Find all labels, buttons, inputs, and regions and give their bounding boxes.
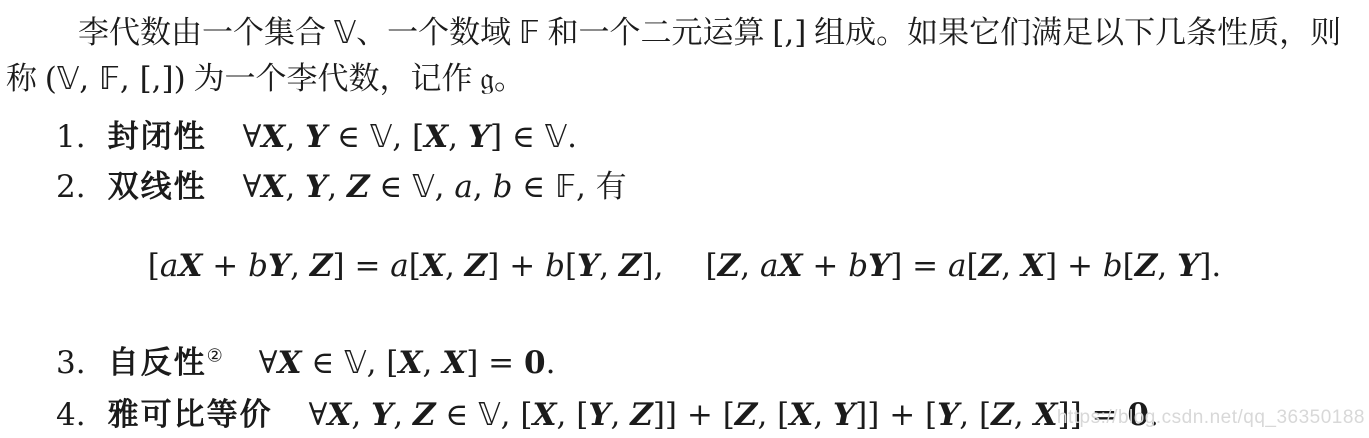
text-segment: ∈ xyxy=(370,169,413,205)
text-segment: Y xyxy=(268,248,290,284)
text-segment: , [,]) xyxy=(120,61,186,97)
text-segment: 𝕍 xyxy=(412,169,434,205)
text-segment: 𝕍 xyxy=(545,119,567,155)
text-segment: , xyxy=(813,397,833,433)
text-segment: Y xyxy=(588,397,610,433)
text-segment: 𝕍 xyxy=(478,397,500,433)
text-segment: , [ xyxy=(392,119,424,155)
text-segment: 组成。如果它们满足以下几条性质，则 xyxy=(806,15,1341,50)
text-segment: X xyxy=(442,345,466,381)
text-segment: 𝔽 xyxy=(555,169,576,205)
text-segment: Y xyxy=(577,248,599,284)
item-number: 4. xyxy=(56,397,86,433)
text-segment: , [ xyxy=(367,345,399,381)
text-segment: , [ xyxy=(501,397,533,433)
text-segment: Z xyxy=(310,248,333,284)
text-segment: Y xyxy=(1177,248,1199,284)
text-segment: Y xyxy=(305,119,327,155)
text-segment: Z xyxy=(630,397,653,433)
text-segment: , xyxy=(435,169,455,205)
text-segment: , xyxy=(473,169,493,205)
text-segment: X xyxy=(789,397,813,433)
text-segment: . xyxy=(567,119,577,155)
text-segment: , xyxy=(445,248,465,284)
text-segment: 𝕍 xyxy=(57,61,79,97)
text-segment: Z xyxy=(619,248,642,284)
intro-paragraph-line-1: 李代数由一个集合 𝕍、一个数域 𝔽 和一个二元运算 [,] 组成。如果它们满足以… xyxy=(6,7,1341,52)
text-segment: , xyxy=(393,397,413,433)
text-segment: a xyxy=(948,248,966,284)
text-segment: [ xyxy=(148,248,160,284)
text-segment: [ xyxy=(706,248,718,284)
text-segment: , [ xyxy=(557,397,589,433)
text-segment: , xyxy=(1001,248,1021,284)
intro-paragraph-line-2: 称 (𝕍, 𝔽, [,]) 为一个李代数，记作 𝔤。 xyxy=(6,53,525,98)
text-segment: , xyxy=(1157,248,1177,284)
text-segment: b xyxy=(545,248,565,284)
text-segment: ∈ xyxy=(512,169,555,205)
text-segment: , xyxy=(448,119,468,155)
text-segment: , xyxy=(576,169,596,205)
text-segment: X xyxy=(261,119,285,155)
text-segment: , xyxy=(285,119,305,155)
text-segment: ∈ xyxy=(327,119,370,155)
text-segment: b xyxy=(493,169,513,205)
text-segment: , [ xyxy=(959,397,991,433)
text-segment: ∀ xyxy=(309,397,328,433)
text-segment: b xyxy=(848,248,868,284)
text-segment: Z xyxy=(347,169,370,205)
text-segment: ] + xyxy=(487,248,545,284)
text-segment: ∀ xyxy=(243,169,262,205)
item-label: 自反性 xyxy=(108,345,207,380)
text-segment: , xyxy=(351,397,371,433)
text-segment: , xyxy=(740,248,760,284)
text-segment: [ xyxy=(409,248,421,284)
text-segment: , xyxy=(610,397,630,433)
text-segment: a xyxy=(454,169,472,205)
text-segment: ] + xyxy=(1045,248,1103,284)
text-segment: ( xyxy=(45,61,57,97)
text-segment: , xyxy=(1014,397,1034,433)
text-segment: 和一个二元运算 xyxy=(540,15,773,50)
property-item-reflexivity: 3.自反性②∀X ∈ 𝕍, [X, X] = 0. xyxy=(56,337,555,382)
text-segment: X xyxy=(1033,397,1057,433)
text-segment: ] = xyxy=(466,345,524,381)
text-segment: ] = xyxy=(333,248,391,284)
text-segment: a xyxy=(390,248,408,284)
text-segment: ]] + [ xyxy=(653,397,735,433)
text-segment: ], xyxy=(642,248,664,284)
text-segment: . xyxy=(546,345,556,381)
text-segment: X xyxy=(398,345,422,381)
text-segment: , xyxy=(599,248,619,284)
item-formula: ∀X, Y, Z ∈ 𝕍, a, b ∈ 𝔽, 有 xyxy=(243,169,627,204)
text-segment: b xyxy=(248,248,268,284)
text-segment: X xyxy=(778,248,802,284)
document-page: 李代数由一个集合 𝕍、一个数域 𝔽 和一个二元运算 [,] 组成。如果它们满足以… xyxy=(0,0,1369,438)
text-segment: b xyxy=(1103,248,1123,284)
footnote-mark: ② xyxy=(207,346,223,366)
text-segment: 𝕍 xyxy=(370,119,392,155)
text-segment: 𝔽 xyxy=(519,15,540,51)
item-number: 3. xyxy=(56,345,86,381)
item-formula: ∀X, Y, Z ∈ 𝕍, [X, [Y, Z]] + [Z, [X, Y]] … xyxy=(309,397,1159,432)
text-segment: , xyxy=(422,345,442,381)
text-segment: ∈ xyxy=(302,345,345,381)
text-segment: ] = xyxy=(890,248,948,284)
text-segment: Z xyxy=(1135,248,1158,284)
text-segment: Z xyxy=(465,248,488,284)
item-formula: ∀X ∈ 𝕍, [X, X] = 0. xyxy=(259,345,556,380)
text-segment: ∀ xyxy=(243,119,262,155)
item-label: 封闭性 xyxy=(108,119,207,154)
text-segment: [ xyxy=(1123,248,1135,284)
text-segment: Z xyxy=(718,248,741,284)
text-segment: a xyxy=(760,248,778,284)
text-segment: Y xyxy=(371,397,393,433)
text-segment: 𝕍 xyxy=(334,15,356,51)
text-segment: 称 xyxy=(6,61,45,96)
text-segment: 𝔤 xyxy=(480,61,494,97)
text-segment: Y xyxy=(305,169,327,205)
text-segment: ∀ xyxy=(259,345,278,381)
text-segment: Z xyxy=(979,248,1002,284)
item-number: 2. xyxy=(56,169,86,205)
text-segment: X xyxy=(277,345,301,381)
watermark-url: https://blog.csdn.net/qq_36350188 xyxy=(1057,407,1365,429)
text-segment: X xyxy=(421,248,445,284)
text-segment: ] ∈ xyxy=(490,119,545,155)
text-segment: Y xyxy=(937,397,959,433)
text-segment: , xyxy=(327,169,347,205)
text-segment: + xyxy=(202,248,248,284)
text-segment: [ xyxy=(565,248,577,284)
text-segment: ∈ xyxy=(436,397,479,433)
text-segment: Z xyxy=(991,397,1014,433)
bilinearity-display-equation: [aX + bY, Z] = a[X, Z] + b[Y, Z],[Z, aX … xyxy=(0,248,1369,284)
text-segment: X xyxy=(532,397,556,433)
text-segment: X xyxy=(327,397,351,433)
text-segment: 𝔽 xyxy=(99,61,120,97)
text-segment: 为一个李代数，记作 xyxy=(186,61,481,96)
property-item-closure: 1.封闭性∀X, Y ∈ 𝕍, [X, Y] ∈ 𝕍. xyxy=(56,111,577,156)
property-item-jacobi: 4.雅可比等价∀X, Y, Z ∈ 𝕍, [X, [Y, Z]] + [Z, [… xyxy=(56,389,1159,434)
text-segment: Y xyxy=(833,397,855,433)
text-segment: [ xyxy=(966,248,978,284)
text-segment: + xyxy=(803,248,849,284)
text-segment: 李代数由一个集合 xyxy=(78,15,334,50)
text-segment: Z xyxy=(413,397,436,433)
text-segment: 0 xyxy=(524,345,546,381)
item-label: 雅可比等价 xyxy=(108,397,273,432)
text-segment: 有 xyxy=(596,169,627,204)
item-label: 双线性 xyxy=(108,169,207,204)
text-segment: Y xyxy=(468,119,490,155)
text-segment: ]] + [ xyxy=(855,397,937,433)
text-segment: 𝕍 xyxy=(344,345,366,381)
text-segment: Y xyxy=(868,248,890,284)
text-segment: [,] xyxy=(772,15,806,51)
text-segment: ]. xyxy=(1199,248,1221,284)
text-segment: X xyxy=(1021,248,1045,284)
text-segment: , xyxy=(79,61,99,97)
text-segment: 、一个数域 xyxy=(356,15,519,50)
text-segment: Z xyxy=(735,397,758,433)
text-segment: , xyxy=(290,248,310,284)
text-segment: 。 xyxy=(494,61,525,96)
text-segment: , [ xyxy=(757,397,789,433)
item-formula: ∀X, Y ∈ 𝕍, [X, Y] ∈ 𝕍. xyxy=(243,119,577,154)
text-segment: X xyxy=(261,169,285,205)
property-item-bilinearity: 2.双线性∀X, Y, Z ∈ 𝕍, a, b ∈ 𝔽, 有 xyxy=(56,161,627,206)
text-segment: X xyxy=(178,248,202,284)
text-segment: X xyxy=(424,119,448,155)
text-segment: , xyxy=(285,169,305,205)
item-number: 1. xyxy=(56,119,86,155)
text-segment: a xyxy=(160,248,178,284)
